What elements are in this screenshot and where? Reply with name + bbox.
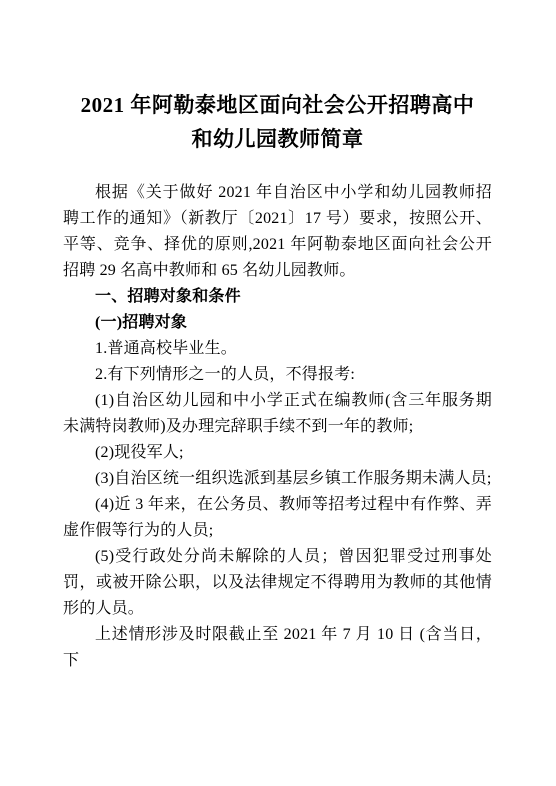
sublist-item-4: (4)近 3 年来，在公务员、教师等招考过程中有作弊、弄虚作假等行为的人员; [63,492,492,544]
list-item-1: 1.普通高校毕业生。 [63,336,492,362]
sublist-item-5: (5)受行政处分尚未解除的人员；曾因犯罪受过刑事处罚，或被开除公职，以及法律规定… [63,544,492,622]
paragraph-deadline-note-truncated: 上述情形涉及时限截止至 2021 年 7 月 10 日 (含当日，下 [63,622,492,674]
sublist-item-2: (2)现役军人; [63,440,492,466]
section-heading-recruitment-targets-and-conditions: 一、招聘对象和条件 [63,284,492,310]
list-item-2: 2.有下列情形之一的人员，不得报考: [63,362,492,388]
document-title: 2021 年阿勒泰地区面向社会公开招聘高中 和幼儿园教师简章 [63,88,492,156]
document-title-line-2: 和幼儿园教师简章 [63,122,492,156]
document-content: 2021 年阿勒泰地区面向社会公开招聘高中 和幼儿园教师简章 根据《关于做好 2… [0,0,556,674]
paragraph-intro: 根据《关于做好 2021 年自治区中小学和幼儿园教师招聘工作的通知》（新教厅〔2… [63,180,492,284]
document-title-line-1: 2021 年阿勒泰地区面向社会公开招聘高中 [63,88,492,122]
sublist-item-1: (1)自治区幼儿园和中小学正式在编教师(含三年服务期未满特岗教师)及办理完辞职手… [63,388,492,440]
sublist-item-3: (3)自治区统一组织选派到基层乡镇工作服务期未满人员; [63,466,492,492]
document-page: 2021 年阿勒泰地区面向社会公开招聘高中 和幼儿园教师简章 根据《关于做好 2… [0,0,556,786]
subsection-heading-recruitment-targets: (一)招聘对象 [63,310,492,336]
